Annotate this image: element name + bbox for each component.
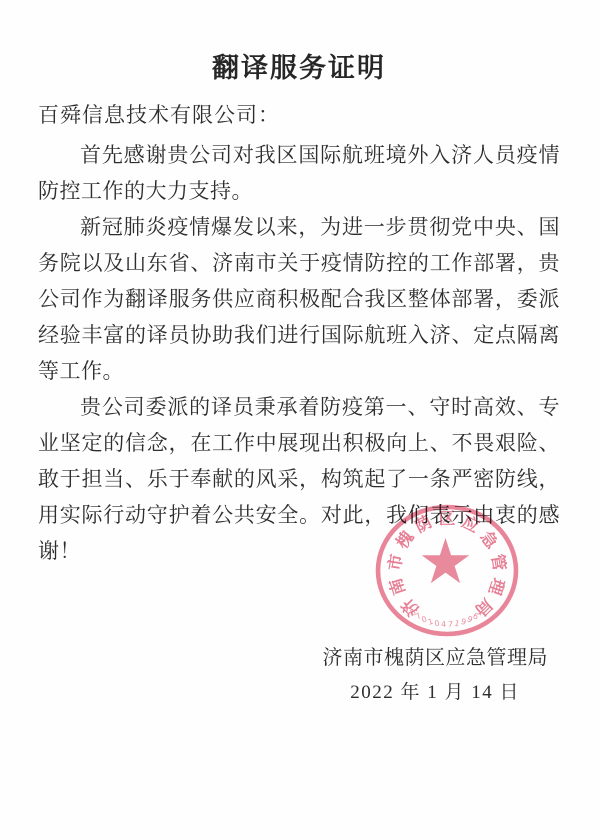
- seal-code-digit: 9: [465, 614, 473, 624]
- seal-arc-char: 南: [385, 575, 409, 597]
- body-paragraph-2: 新冠肺炎疫情爆发以来，为进一步贯彻党中央、国务院以及山东省、济南市关于疫情防控的…: [38, 209, 560, 389]
- seal-code-digit: 6: [471, 611, 480, 621]
- document-title: 翻译服务证明: [38, 52, 560, 84]
- seal-arc-char: 局: [471, 595, 496, 620]
- certificate-page: 翻译服务证明 百舜信息技术有限公司： 首先感谢贵公司对我区国际航班境外入济人员疫…: [0, 0, 600, 840]
- seal-code-digit: 1: [427, 617, 435, 627]
- seal-code-digit: 7: [414, 611, 423, 621]
- seal-code-digit: 4: [441, 620, 447, 629]
- seal-code-digit: 7: [448, 620, 454, 629]
- recipient-salutation: 百舜信息技术有限公司：: [38, 100, 560, 130]
- body-paragraph-1: 首先感谢贵公司对我区国际航班境外入济人员疫情防控工作的大力支持。: [38, 137, 560, 209]
- seal-code-digit: 9: [460, 617, 468, 627]
- issue-date: 2022 年 1 月 14 日: [38, 677, 560, 709]
- seal-code-digit: 1: [476, 607, 486, 617]
- seal-code-digit: 0: [434, 619, 441, 629]
- seal-code-digit: 1: [454, 619, 461, 629]
- seal-code-digit: 3: [408, 607, 418, 617]
- signature-block: 济南市槐荫区应急管理局 2022 年 1 月 14 日: [38, 641, 560, 709]
- seal-code-digit: 0: [420, 614, 428, 624]
- seal-arc-char: 济: [397, 594, 423, 620]
- body-paragraph-3: 贵公司委派的译员秉承着防疫第一、守时高效、专业坚定的信念，在工作中展现出积极向上…: [38, 389, 560, 569]
- seal-arc-char: 理: [485, 576, 508, 598]
- letter-body: 首先感谢贵公司对我区国际航班境外入济人员疫情防控工作的大力支持。 新冠肺炎疫情爆…: [38, 137, 560, 569]
- issuer-signature: 济南市槐荫区应急管理局: [38, 641, 560, 675]
